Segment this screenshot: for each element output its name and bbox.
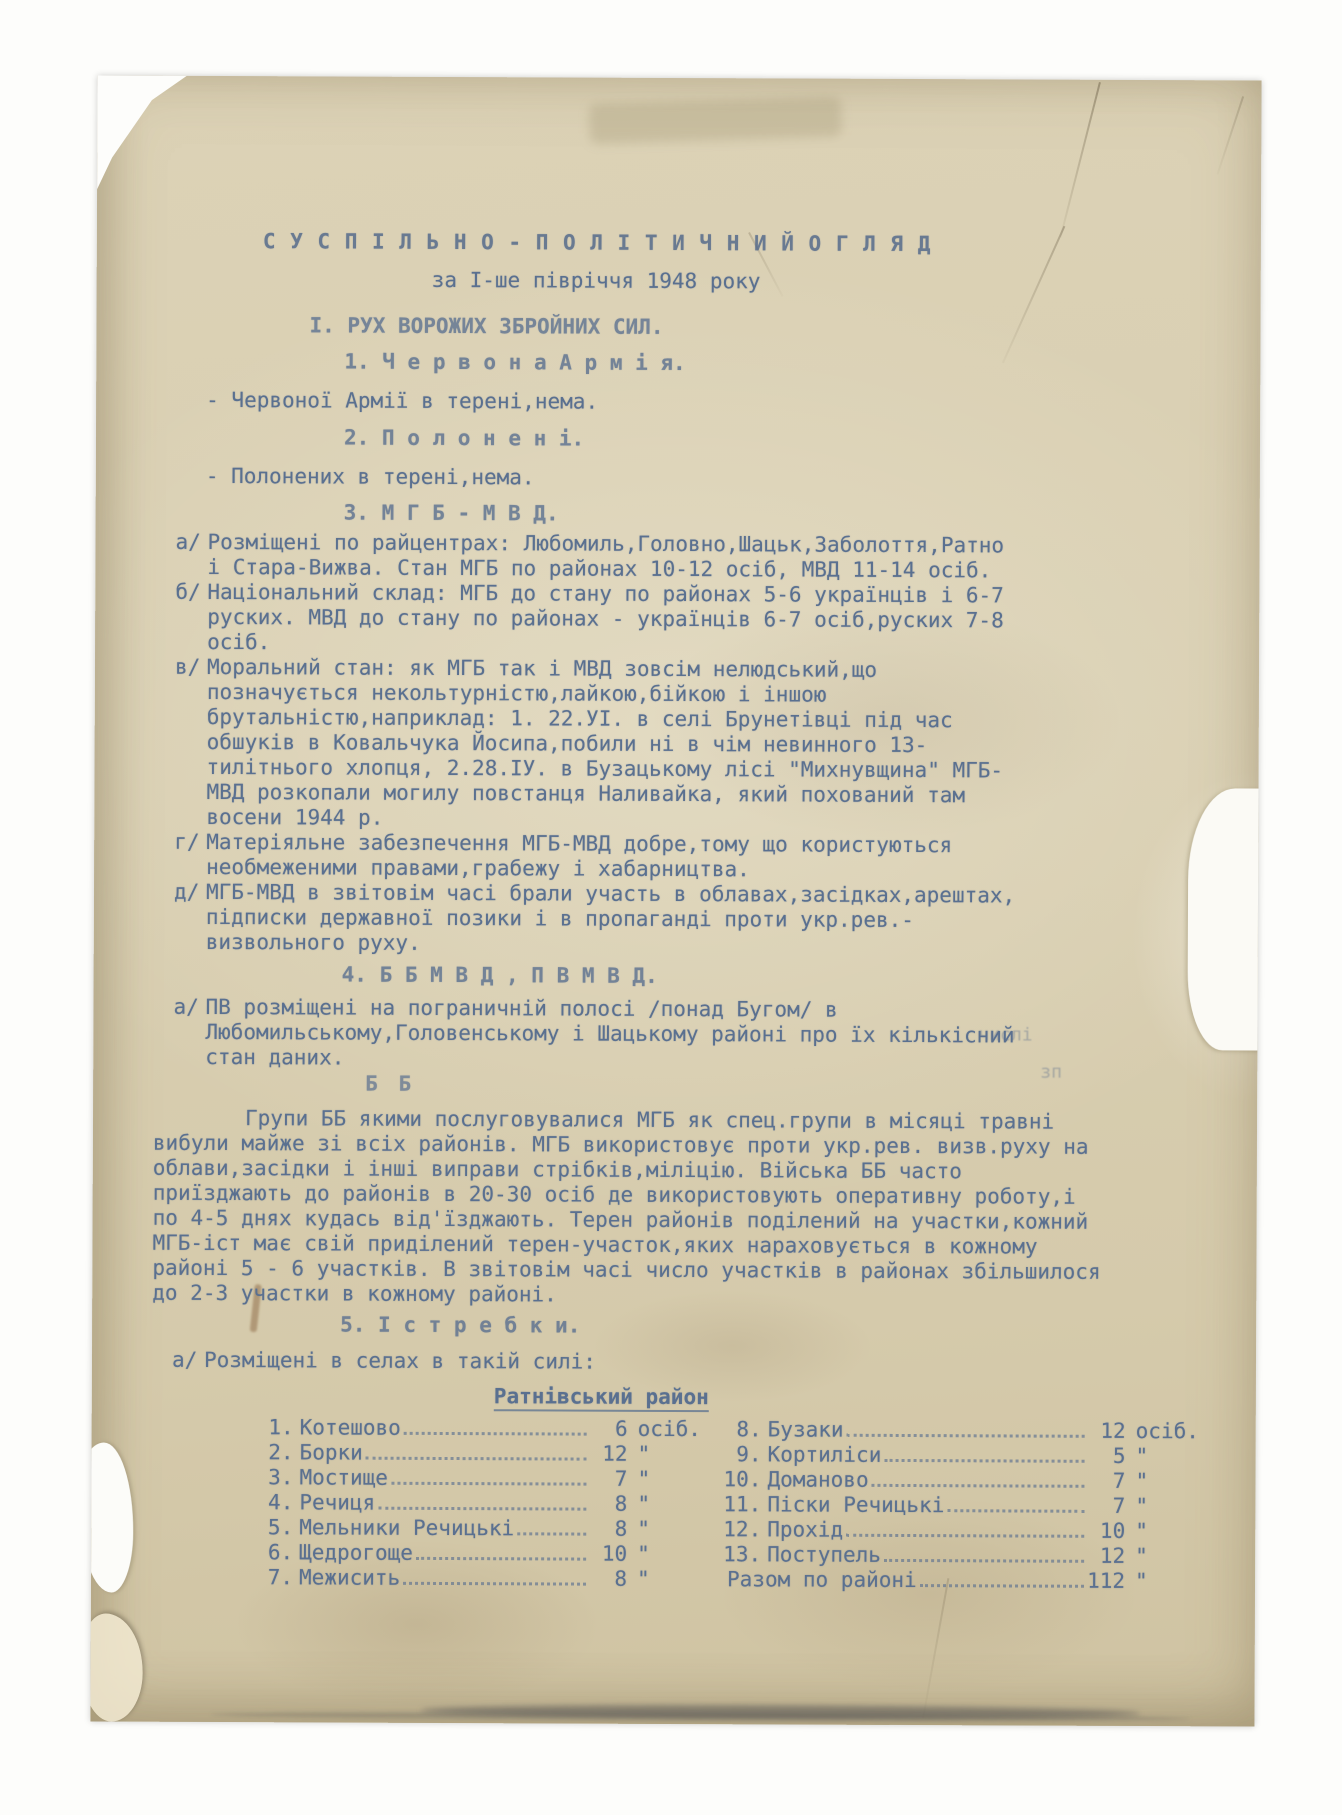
table-row: 11.Піски Речицькі7": [717, 1492, 1199, 1519]
village-name: Бузаки: [768, 1417, 844, 1442]
row-number: 1.: [250, 1415, 300, 1440]
item-text: Національний склад: МГБ до стану по райо…: [207, 580, 1022, 659]
unit-label: ": [1125, 1494, 1199, 1519]
unit-label: ": [627, 1542, 701, 1567]
strength-value: 12: [1088, 1419, 1126, 1444]
table-row: 12.Прохід10": [717, 1517, 1199, 1544]
para-bb-groups: Групи ББ якими послуговувалися МГБ як сп…: [152, 1106, 1108, 1310]
item-label: а/: [172, 1348, 204, 1373]
paper-crack: [1060, 82, 1101, 238]
strength-value: 8: [589, 1517, 627, 1542]
dot-leader: [884, 1459, 1084, 1463]
unit-label: ": [627, 1467, 701, 1492]
unit-label: ": [1125, 1519, 1199, 1544]
para-prisoners: - Полонених в терені,нема.: [206, 464, 1206, 493]
row-number: 6.: [249, 1540, 299, 1565]
village-name: Мельники Речицькі: [299, 1515, 514, 1541]
list-item-b-mgb: б/ Національний склад: МГБ до стану по р…: [175, 580, 1205, 659]
table-row: 8.Бузаки12осіб.: [718, 1417, 1200, 1444]
item-label: д/: [174, 880, 206, 905]
strength-value: 12: [1087, 1544, 1125, 1569]
row-number: 7.: [249, 1565, 299, 1590]
table-row: 9.Кортиліси5": [718, 1442, 1200, 1469]
table-row: 7.Межисить8": [249, 1565, 701, 1592]
village-name: Мостище: [299, 1465, 388, 1490]
section-1-heading: І. РУХ ВОРОЖИХ ЗБРОЙНИХ СИЛ.: [309, 312, 1206, 342]
dot-leader: [517, 1532, 586, 1535]
unit-label: ": [1126, 1444, 1200, 1469]
table-row: 4.Речиця8": [249, 1490, 701, 1517]
item-text: МГБ-МВД в звітовім часі брали участь в о…: [206, 880, 1021, 959]
table-row: 10.Доманово7": [717, 1467, 1199, 1494]
paper-tear-patch-right: [1187, 788, 1261, 1050]
faded-stamp-mark: [589, 96, 842, 144]
paper-crack: [922, 1578, 949, 1718]
list-item-v-mgb: в/ Моральний стан: як МГБ так і МВД зовс…: [174, 655, 1205, 834]
village-name: Межисить: [299, 1565, 400, 1590]
dot-leader: [403, 1582, 586, 1586]
strength-value: 8: [589, 1492, 627, 1517]
dot-leader: [884, 1559, 1084, 1563]
dot-leader: [416, 1557, 586, 1561]
row-number: 3.: [249, 1465, 299, 1490]
village-name: Речиця: [299, 1490, 375, 1515]
scanned-document-page: С У С П І Л Ь Н О - П О Л І Т И Ч Н И Й …: [90, 75, 1261, 1726]
heading-mgb-mvd: 3. М Г Б - М В Д.: [344, 500, 1206, 530]
table-title-row: Ратнівський район: [494, 1382, 1202, 1413]
row-number: 2.: [250, 1440, 300, 1465]
dot-leader: [378, 1507, 586, 1511]
total-label: Разом по районі: [717, 1567, 917, 1593]
village-name: Поступель: [767, 1542, 881, 1567]
item-label: г/: [174, 830, 206, 855]
typed-overwrite-word: числі: [886, 1022, 1032, 1048]
dot-leader: [846, 1534, 1084, 1538]
unit-label: ": [628, 1442, 702, 1467]
village-name: Котешово: [300, 1415, 401, 1440]
total-value: 112: [1087, 1569, 1125, 1594]
dot-leader: [872, 1484, 1085, 1488]
unit-label: осіб.: [1126, 1419, 1200, 1444]
list-item-d-mgb: д/ МГБ-МВД в звітовім часі брали участь …: [174, 880, 1204, 959]
table-row: 13.Поступель12": [717, 1542, 1199, 1569]
village-name: Борки: [300, 1440, 363, 1465]
torn-corner-top-left: [95, 75, 190, 193]
item-text: Матеріяльне забезпечення МГБ-МВД добре,т…: [206, 830, 1021, 884]
village-name: Доманово: [767, 1467, 868, 1492]
dot-leader: [947, 1509, 1084, 1513]
para-red-army: - Червоної Армії в терені,нема.: [206, 388, 1206, 417]
item-text: Моральний стан: як МГБ так і МВД зовсім …: [206, 655, 1022, 834]
unit-label: ": [1125, 1544, 1199, 1569]
row-number: 13.: [717, 1542, 767, 1567]
row-number: 10.: [717, 1467, 767, 1492]
heading-istrebky: 5. І с т р е б к и.: [340, 1312, 1202, 1342]
village-name: Прохід: [767, 1517, 843, 1542]
list-item-g-mgb: г/ Матеріяльне забезпечення МГБ-МВД добр…: [174, 830, 1204, 884]
dot-leader: [391, 1482, 586, 1486]
heading-bb-mvd-pv-mvd: 4. Б Б М В Д , П В М В Д.: [342, 962, 1204, 992]
unit-label: ": [627, 1517, 701, 1542]
table-total-row: Разом по районі112": [717, 1567, 1199, 1594]
strength-value: 12: [590, 1442, 628, 1467]
dot-leader: [847, 1434, 1085, 1438]
item-label: б/: [175, 580, 207, 605]
list-item-a-mgb: а/ Розміщені по райцентрах: Любомиль,Гол…: [175, 530, 1205, 584]
dot-leader: [366, 1457, 587, 1461]
strength-value: 8: [589, 1567, 627, 1592]
unit-label: ": [627, 1567, 701, 1592]
table-row: 2.Борки12": [250, 1440, 702, 1467]
row-number: 8.: [718, 1417, 768, 1442]
village-name: Щедрогоще: [299, 1540, 413, 1565]
strength-value: 6: [590, 1417, 628, 1442]
document-title: С У С П І Л Ь Н О - П О Л І Т И Ч Н И Й …: [263, 228, 1207, 258]
strength-value: 7: [1087, 1469, 1125, 1494]
row-number: 12.: [717, 1517, 767, 1542]
unit-label: осіб.: [628, 1417, 702, 1442]
heading-prisoners: 2. П о л о н е н і.: [344, 425, 1206, 455]
unit-label: ": [627, 1492, 701, 1517]
village-name: Піски Речицькі: [767, 1492, 944, 1518]
item-text: Розміщені по райцентрах: Любомиль,Головн…: [207, 530, 1022, 584]
strength-value: 7: [589, 1467, 627, 1492]
table-title-ratne-district: Ратнівський район: [494, 1384, 709, 1412]
dot-leader: [920, 1584, 1084, 1588]
unit-label: ": [1125, 1569, 1199, 1594]
paper-crack: [1217, 96, 1245, 175]
row-number: 5.: [249, 1515, 299, 1540]
document-content: С У С П І Л Ь Н О - П О Л І Т И Ч Н И Й …: [171, 228, 1207, 1594]
istrebky-strength-table: 1.Котешово6осіб. 2.Борки12" 3.Мостище7" …: [249, 1415, 1202, 1594]
row-number: 9.: [718, 1442, 768, 1467]
table-column-left: 1.Котешово6осіб. 2.Борки12" 3.Мостище7" …: [249, 1415, 702, 1592]
village-name: Кортиліси: [768, 1442, 882, 1467]
table-row: 5.Мельники Речицькі8": [249, 1515, 701, 1542]
strength-value: 5: [1088, 1444, 1126, 1469]
typed-overwrite-word: зп: [948, 1059, 1062, 1084]
strength-value: 7: [1087, 1494, 1125, 1519]
list-item-a-istrebky: а/ Розміщені в селах в такій силі:: [172, 1348, 1202, 1377]
table-row: 1.Котешово6осіб.: [250, 1415, 702, 1442]
item-label: а/: [176, 530, 208, 555]
heading-bb: Б Б: [365, 1071, 1203, 1101]
row-number: 4.: [249, 1490, 299, 1515]
torn-edge-bottom-left: [90, 1442, 133, 1592]
table-column-right: 8.Бузаки12осіб. 9.Кортиліси5" 10.Доманов…: [717, 1417, 1200, 1594]
paper-patch-bottom-left: [90, 1613, 142, 1721]
strength-value: 10: [1087, 1519, 1125, 1544]
item-label: в/: [175, 655, 207, 680]
strength-value: 10: [589, 1542, 627, 1567]
item-label: а/: [173, 995, 205, 1020]
table-row: 3.Мостище7": [249, 1465, 701, 1492]
unit-label: ": [1125, 1469, 1199, 1494]
item-text: Розміщені в селах в такій силі:: [204, 1348, 1019, 1377]
document-subtitle: за І-ше півріччя 1948 року: [432, 267, 1207, 296]
table-row: 6.Щедрогоще10": [249, 1540, 701, 1567]
heading-red-army: 1. Ч е р в о н а А р м і я.: [344, 349, 1206, 379]
para-bb-text: Групи ББ якими послуговувалися МГБ як сп…: [152, 1106, 1100, 1306]
row-number: 11.: [717, 1492, 767, 1517]
dot-leader: [404, 1432, 587, 1436]
